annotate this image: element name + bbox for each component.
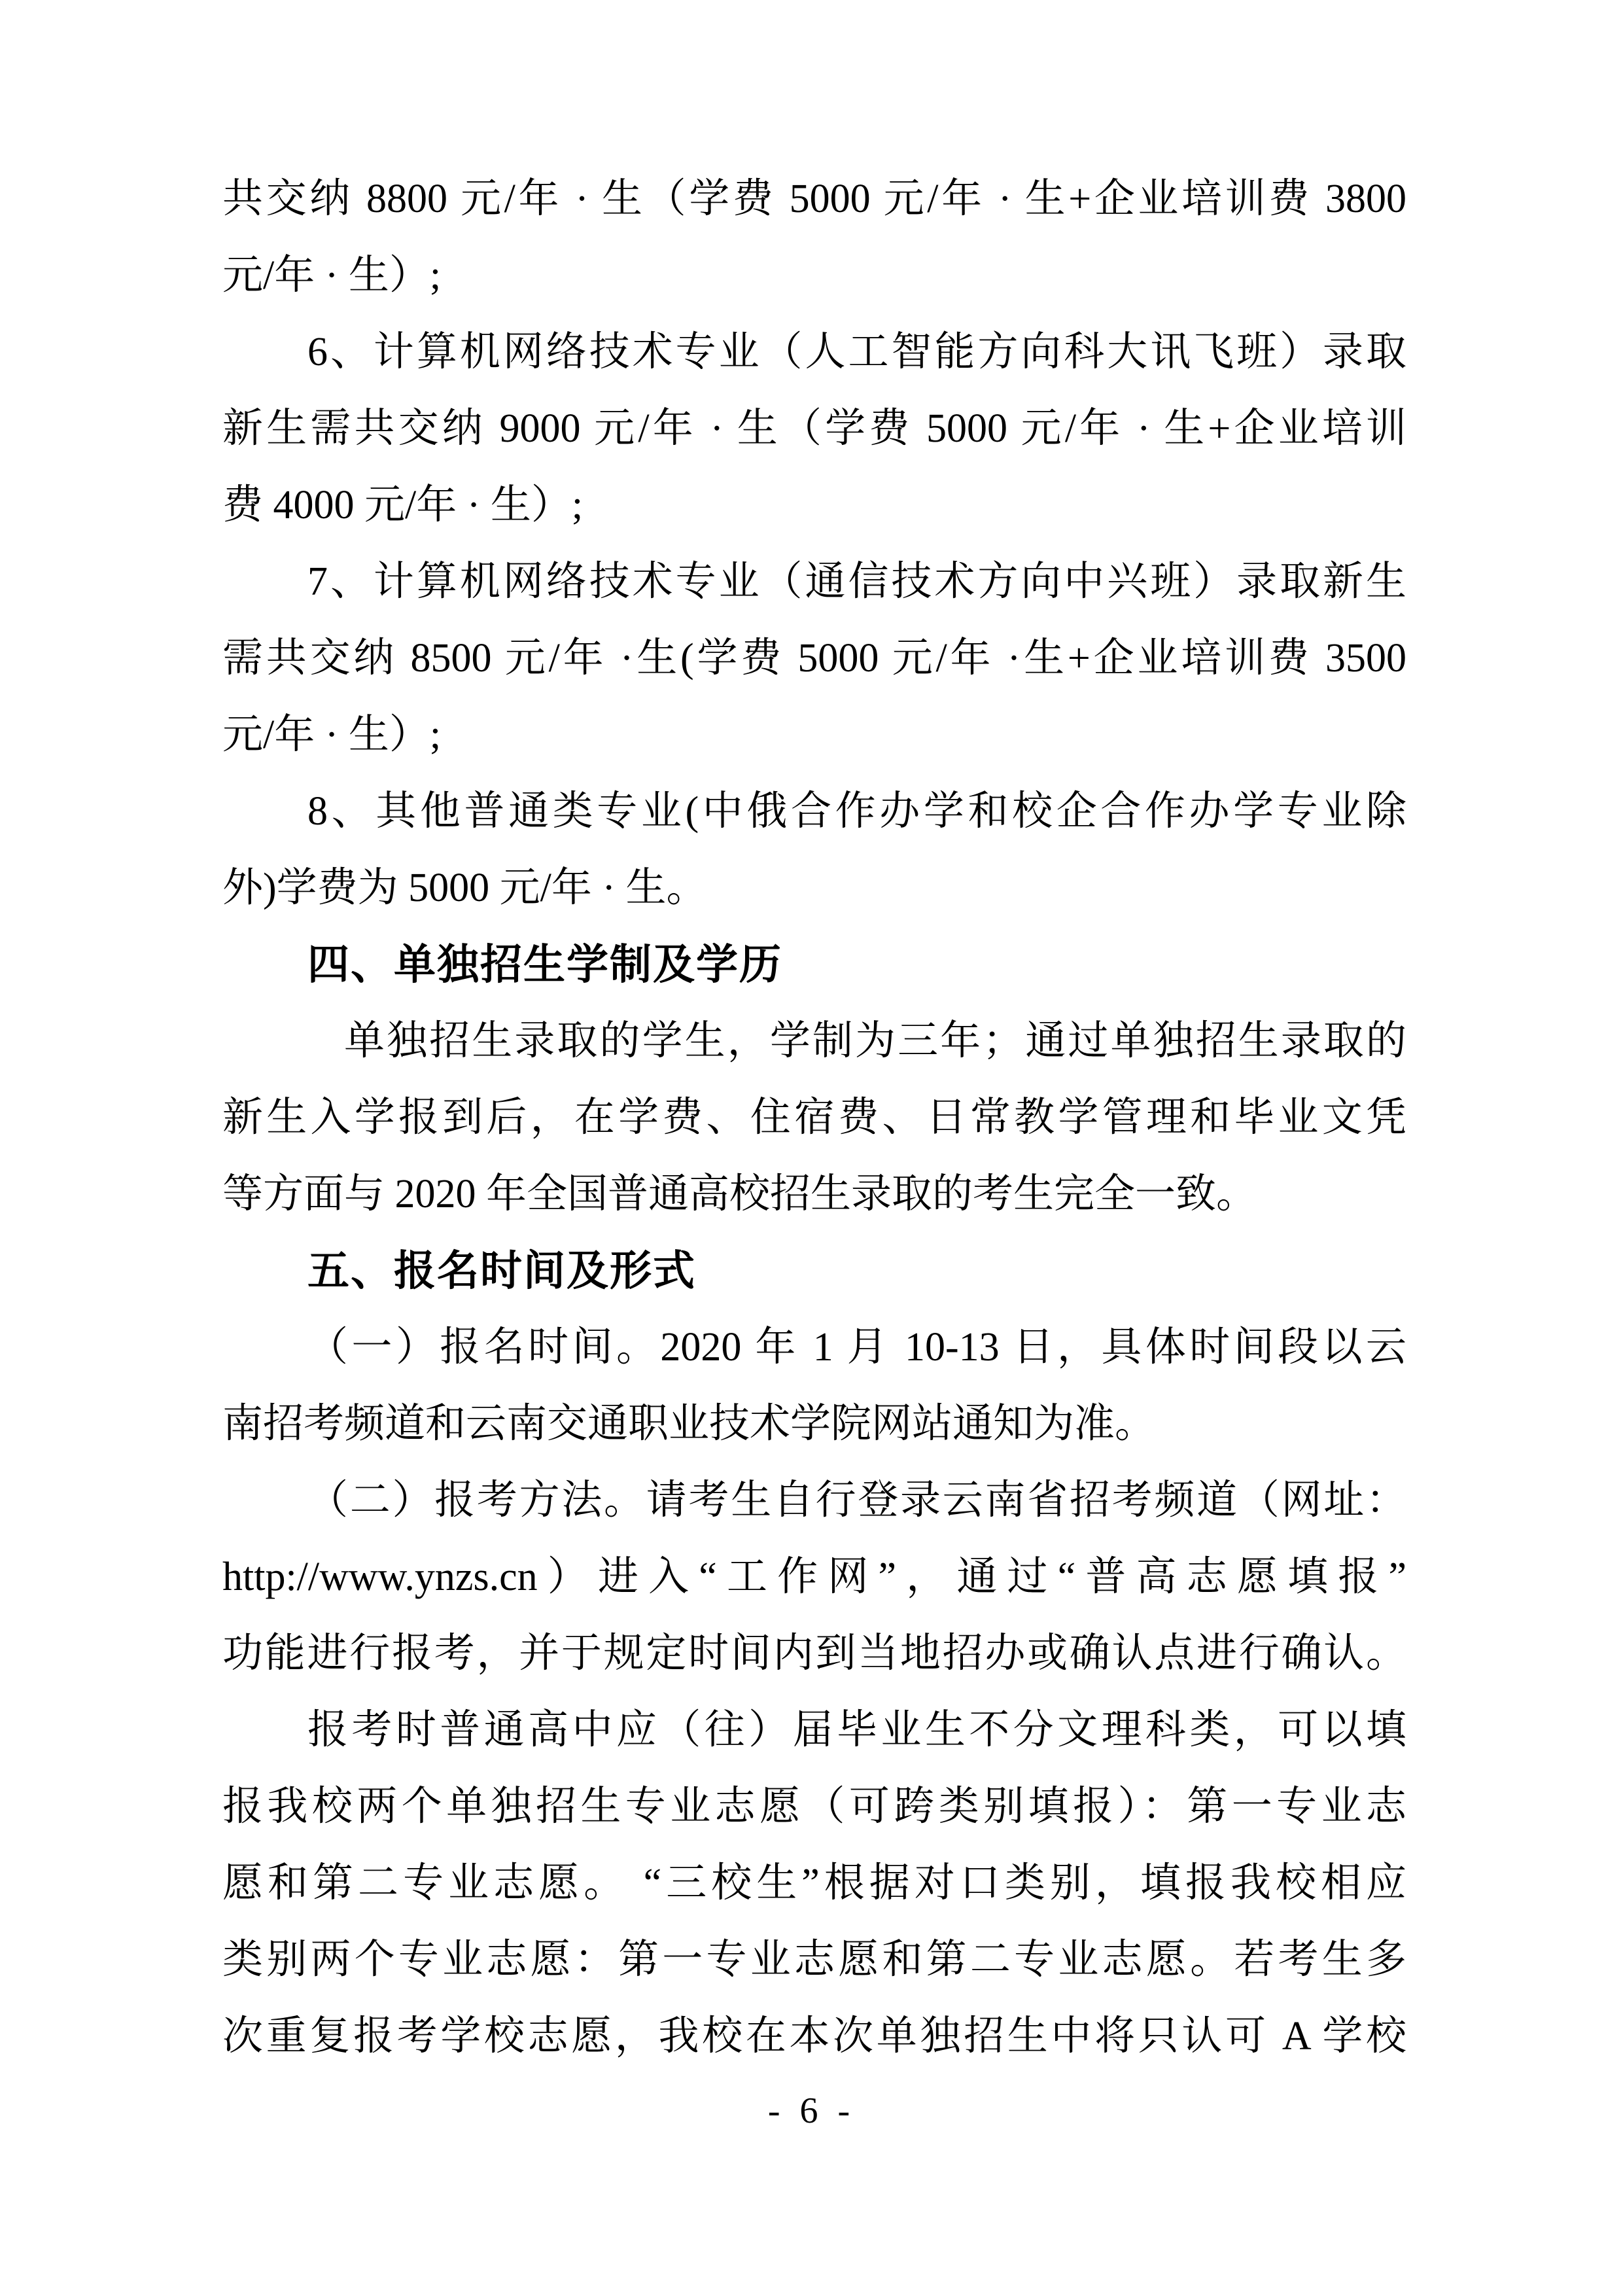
text-line: 愿和第二专业志愿。 “三校生”根据对口类别，填报我校相应 [222,1845,1406,1922]
text-line: 单独招生录取的学生，学制为三年；通过单独招生录取的 [222,1003,1406,1080]
section-heading: 五、报名时间及形式 [222,1233,1406,1309]
text-line: 需共交纳 8500 元/年 ·生(学费 5000 元/年 ·生+企业培训费 35… [222,620,1406,697]
text-line: 6、计算机网络技术专业（人工智能方向科大讯飞班）录取 [222,314,1406,391]
document-page: { "page": { "background_color": "#ffffff… [0,0,1623,2296]
text-line: 南招考频道和云南交通职业技术学院网站通知为准。 [222,1386,1406,1462]
document-body: 共交纳 8800 元/年 · 生（学费 5000 元/年 · 生+企业培训费 3… [222,161,1406,2075]
text-line: 新生入学报到后，在学费、住宿费、日常教学管理和毕业文凭 [222,1080,1406,1156]
section-heading: 四、单独招生学制及学历 [222,927,1406,1003]
text-line: 类别两个专业志愿：第一专业志愿和第二专业志愿。若考生多 [222,1922,1406,1998]
text-line: 等方面与 2020 年全国普通高校招生录取的考生完全一致。 [222,1156,1406,1233]
text-line: 新生需共交纳 9000 元/年 · 生（学费 5000 元/年 · 生+企业培训 [222,391,1406,467]
text-line: 报考时普通高中应（往）届毕业生不分文理科类，可以填 [222,1692,1406,1769]
text-line: 8、其他普通类专业(中俄合作办学和校企合作办学专业除 [222,773,1406,850]
page-number: - 6 - [0,2085,1623,2137]
text-line: （一）报名时间。2020 年 1 月 10-13 日，具体时间段以云 [222,1309,1406,1386]
text-line: 元/年 · 生）; [222,697,1406,773]
text-line: 7、计算机网络技术专业（通信技术方向中兴班）录取新生 [222,544,1406,620]
text-line: 报我校两个单独招生专业志愿（可跨类别填报）：第一专业志 [222,1769,1406,1845]
text-line: 费 4000 元/年 · 生）; [222,467,1406,544]
text-line: （二）报考方法。请考生自行登录云南省招考频道（网址： [222,1462,1406,1539]
text-line: 次重复报考学校志愿，我校在本次单独招生中将只认可 A 学校 [222,1998,1406,2075]
text-line: http://www.ynzs.cn）进入“工作网”，通过“普高志愿填报” [222,1539,1406,1616]
text-line: 外)学费为 5000 元/年 · 生。 [222,850,1406,927]
text-line: 共交纳 8800 元/年 · 生（学费 5000 元/年 · 生+企业培训费 3… [222,161,1406,238]
text-line: 元/年 · 生）; [222,238,1406,314]
text-line: 功能进行报考，并于规定时间内到当地招办或确认点进行确认。 [222,1616,1406,1692]
